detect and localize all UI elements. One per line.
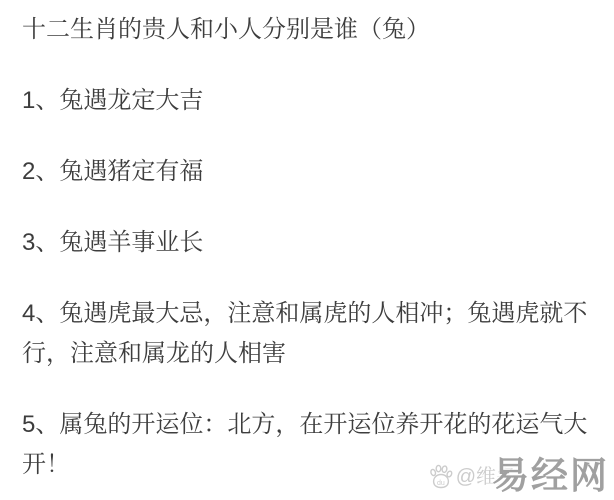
list-item: 1、兔遇龙定大吉	[22, 81, 592, 121]
list-item: 2、兔遇猪定有福	[22, 152, 592, 192]
list-item: 3、兔遇羊事业长	[22, 223, 592, 263]
site-watermark: 易经网	[492, 456, 609, 496]
watermark-group: du @维多 易经网	[429, 456, 609, 496]
article-title: 十二生肖的贵人和小人分别是谁（兔）	[22, 10, 592, 50]
baidu-paw-icon: du	[429, 464, 453, 490]
article: 十二生肖的贵人和小人分别是谁（兔） 1、兔遇龙定大吉 2、兔遇猪定有福 3、兔遇…	[0, 0, 614, 485]
list-item: 4、兔遇虎最大忌，注意和属虎的人相冲；兔遇虎就不行，注意和属龙的人相害	[22, 294, 592, 374]
paw-du-label: du	[437, 480, 445, 487]
